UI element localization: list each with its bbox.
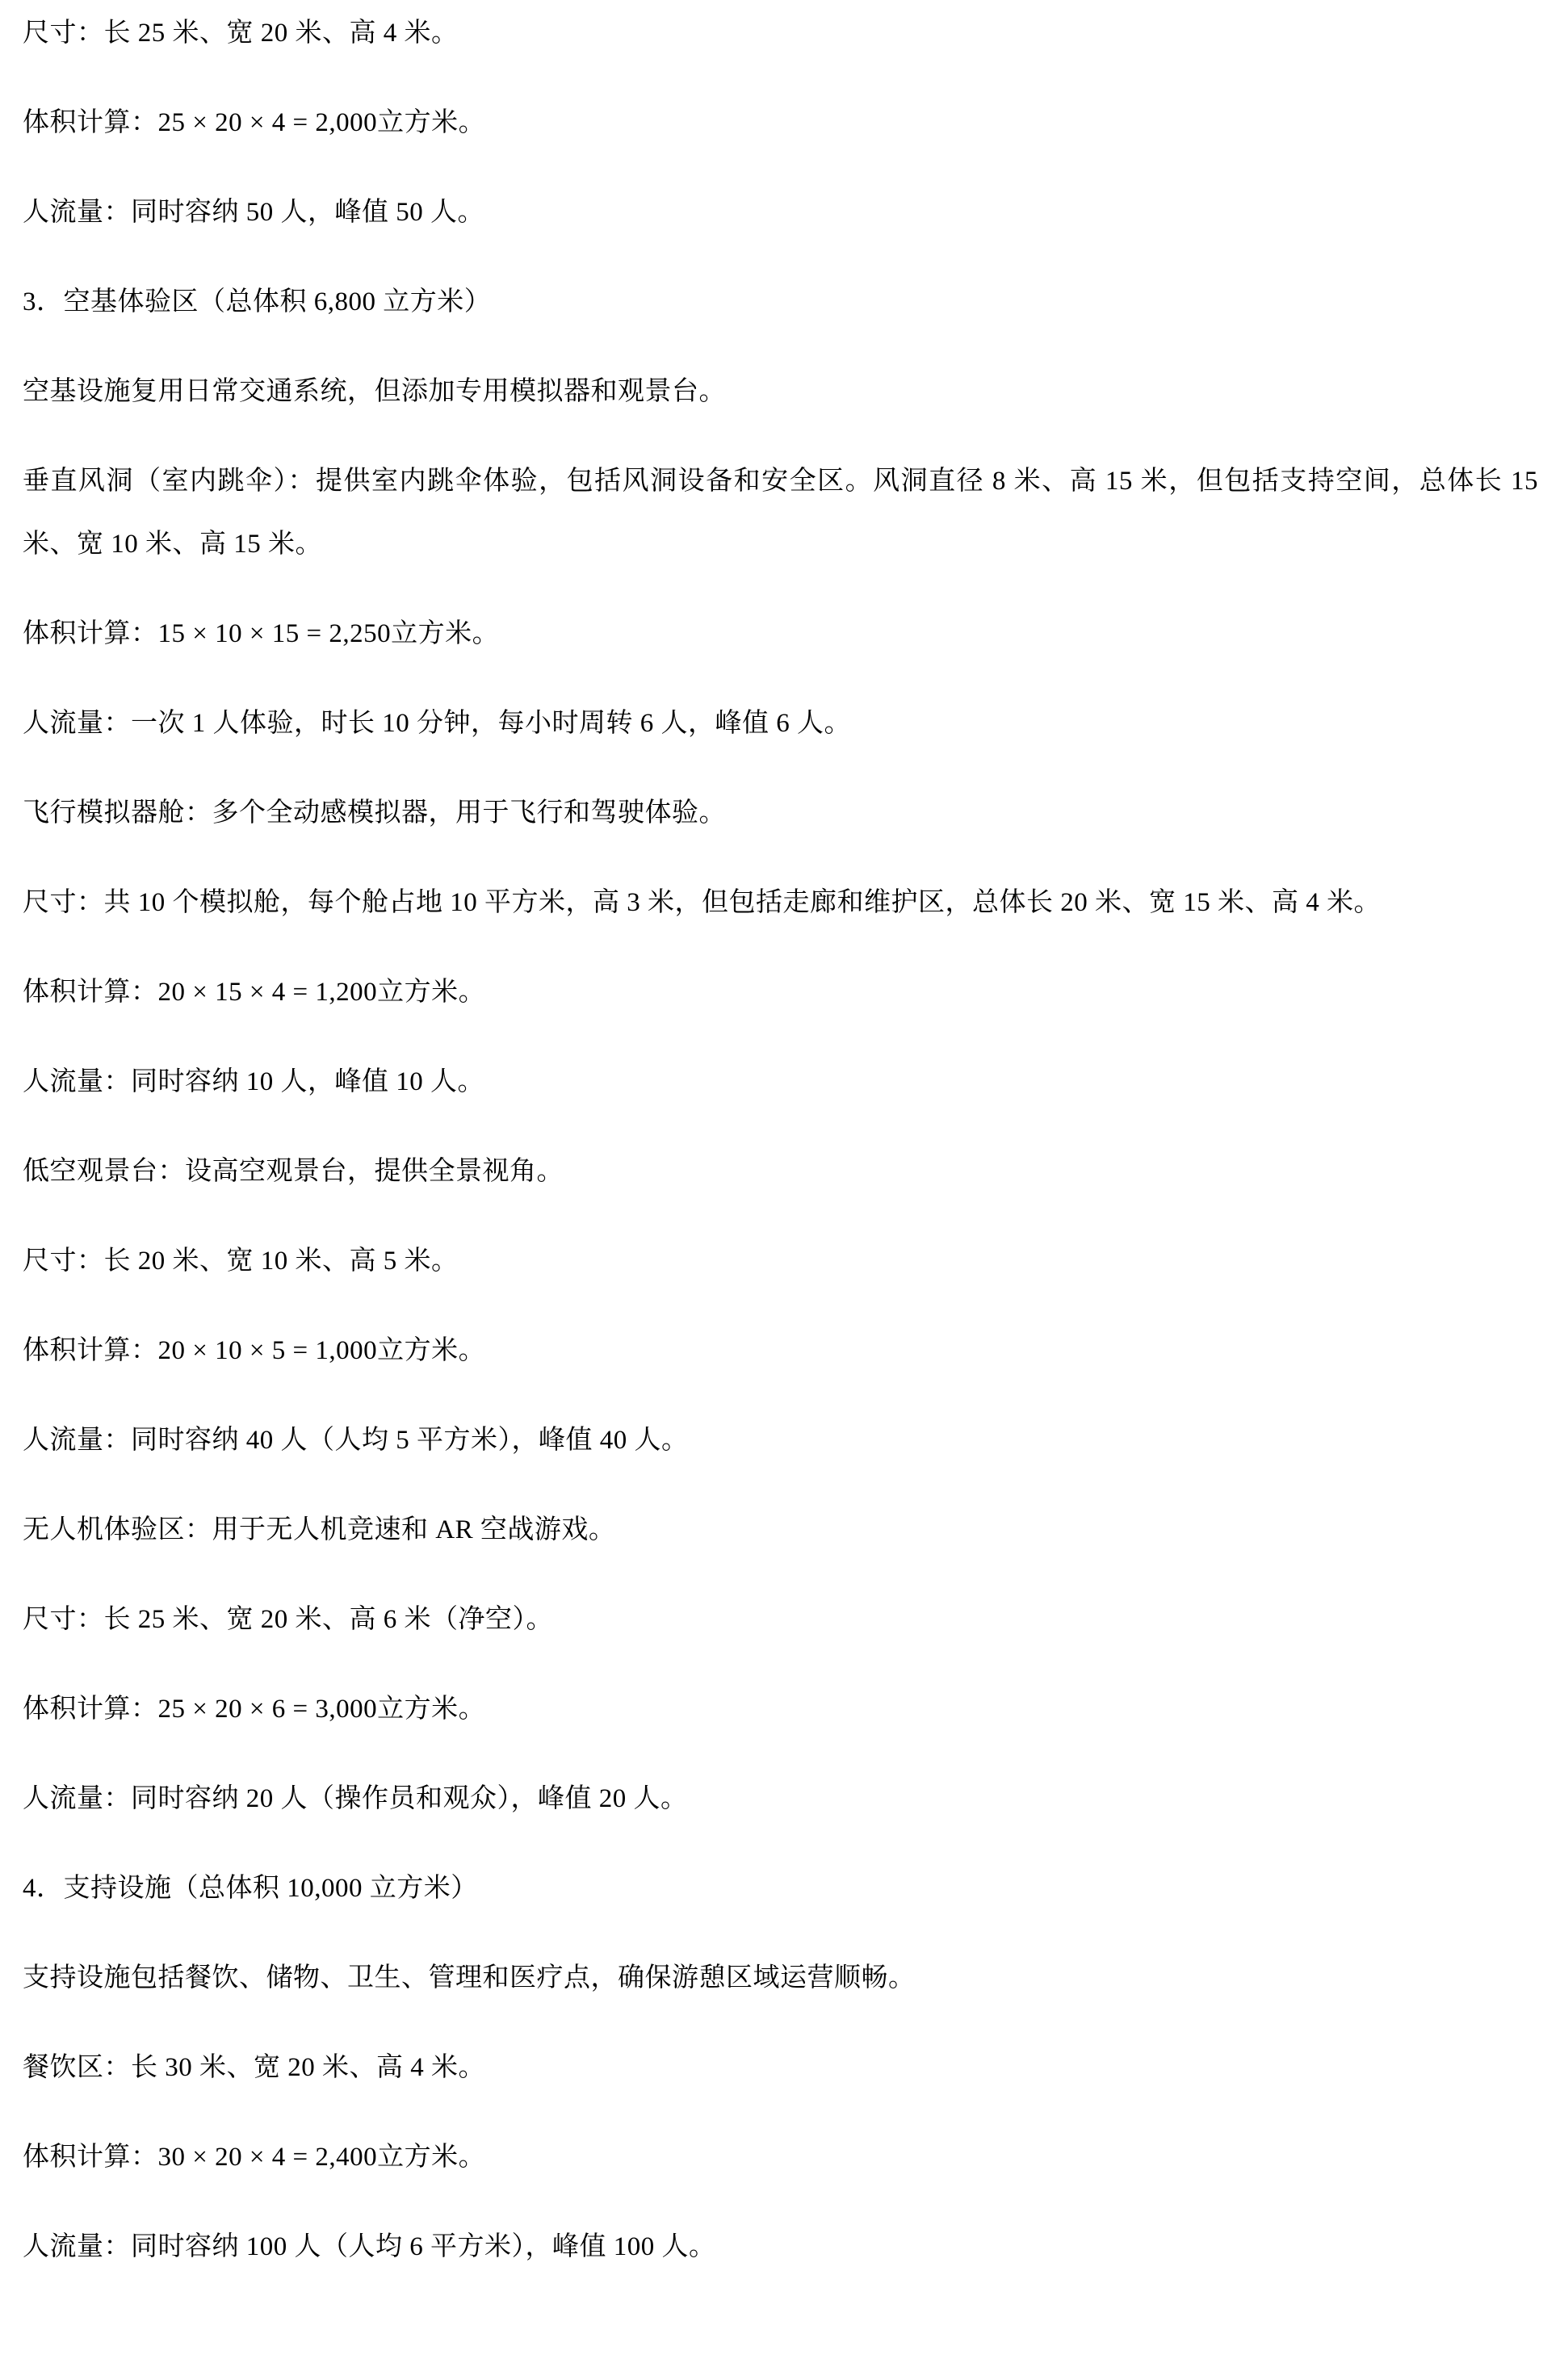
document-page: 尺寸：长 25 米、宽 20 米、高 4 米。 体积计算：25 × 20 × 4… <box>0 0 1560 2380</box>
body-paragraph: 垂直风洞（室内跳伞）：提供室内跳伞体验，包括风洞设备和安全区。风洞直径 8 米、… <box>23 450 1538 576</box>
section-heading: 4．支持设施（总体积 10,000 立方米） <box>23 1857 1538 1920</box>
body-paragraph: 人流量：同时容纳 50 人，峰值 50 人。 <box>23 181 1538 244</box>
body-paragraph: 飞行模拟器舱：多个全动感模拟器，用于飞行和驾驶体验。 <box>23 781 1538 844</box>
body-paragraph: 尺寸：共 10 个模拟舱，每个舱占地 10 平方米，高 3 米，但包括走廊和维护… <box>23 871 1538 934</box>
body-paragraph: 尺寸：长 25 米、宽 20 米、高 4 米。 <box>23 2 1538 65</box>
body-paragraph: 无人机体验区：用于无人机竞速和 AR 空战游戏。 <box>23 1498 1538 1561</box>
formula-paragraph: 体积计算：25 × 20 × 4 = 2,000立方米。 <box>23 91 1538 154</box>
formula-paragraph: 体积计算：15 × 10 × 15 = 2,250立方米。 <box>23 602 1538 665</box>
body-paragraph: 支持设施包括餐饮、储物、卫生、管理和医疗点，确保游憩区域运营顺畅。 <box>23 1946 1538 2009</box>
formula-paragraph: 体积计算：20 × 15 × 4 = 1,200立方米。 <box>23 961 1538 1024</box>
section-heading: 3．空基体验区（总体积 6,800 立方米） <box>23 270 1538 333</box>
body-paragraph: 人流量：同时容纳 10 人，峰值 10 人。 <box>23 1050 1538 1113</box>
body-paragraph: 餐饮区：长 30 米、宽 20 米、高 4 米。 <box>23 2036 1538 2099</box>
body-paragraph: 低空观景台：设高空观景台，提供全景视角。 <box>23 1140 1538 1203</box>
formula-paragraph: 体积计算：30 × 20 × 4 = 2,400立方米。 <box>23 2126 1538 2189</box>
body-paragraph: 空基设施复用日常交通系统，但添加专用模拟器和观景台。 <box>23 360 1538 423</box>
formula-paragraph: 体积计算：20 × 10 × 5 = 1,000立方米。 <box>23 1319 1538 1382</box>
body-paragraph: 人流量：同时容纳 40 人（人均 5 平方米），峰值 40 人。 <box>23 1409 1538 1472</box>
formula-paragraph: 体积计算：25 × 20 × 6 = 3,000立方米。 <box>23 1678 1538 1741</box>
body-paragraph: 尺寸：长 25 米、宽 20 米、高 6 米（净空）。 <box>23 1588 1538 1651</box>
body-paragraph: 人流量：同时容纳 20 人（操作员和观众），峰值 20 人。 <box>23 1767 1538 1830</box>
body-paragraph: 人流量：同时容纳 100 人（人均 6 平方米），峰值 100 人。 <box>23 2215 1538 2278</box>
body-paragraph: 尺寸：长 20 米、宽 10 米、高 5 米。 <box>23 1230 1538 1293</box>
body-paragraph: 人流量：一次 1 人体验，时长 10 分钟，每小时周转 6 人，峰值 6 人。 <box>23 692 1538 755</box>
